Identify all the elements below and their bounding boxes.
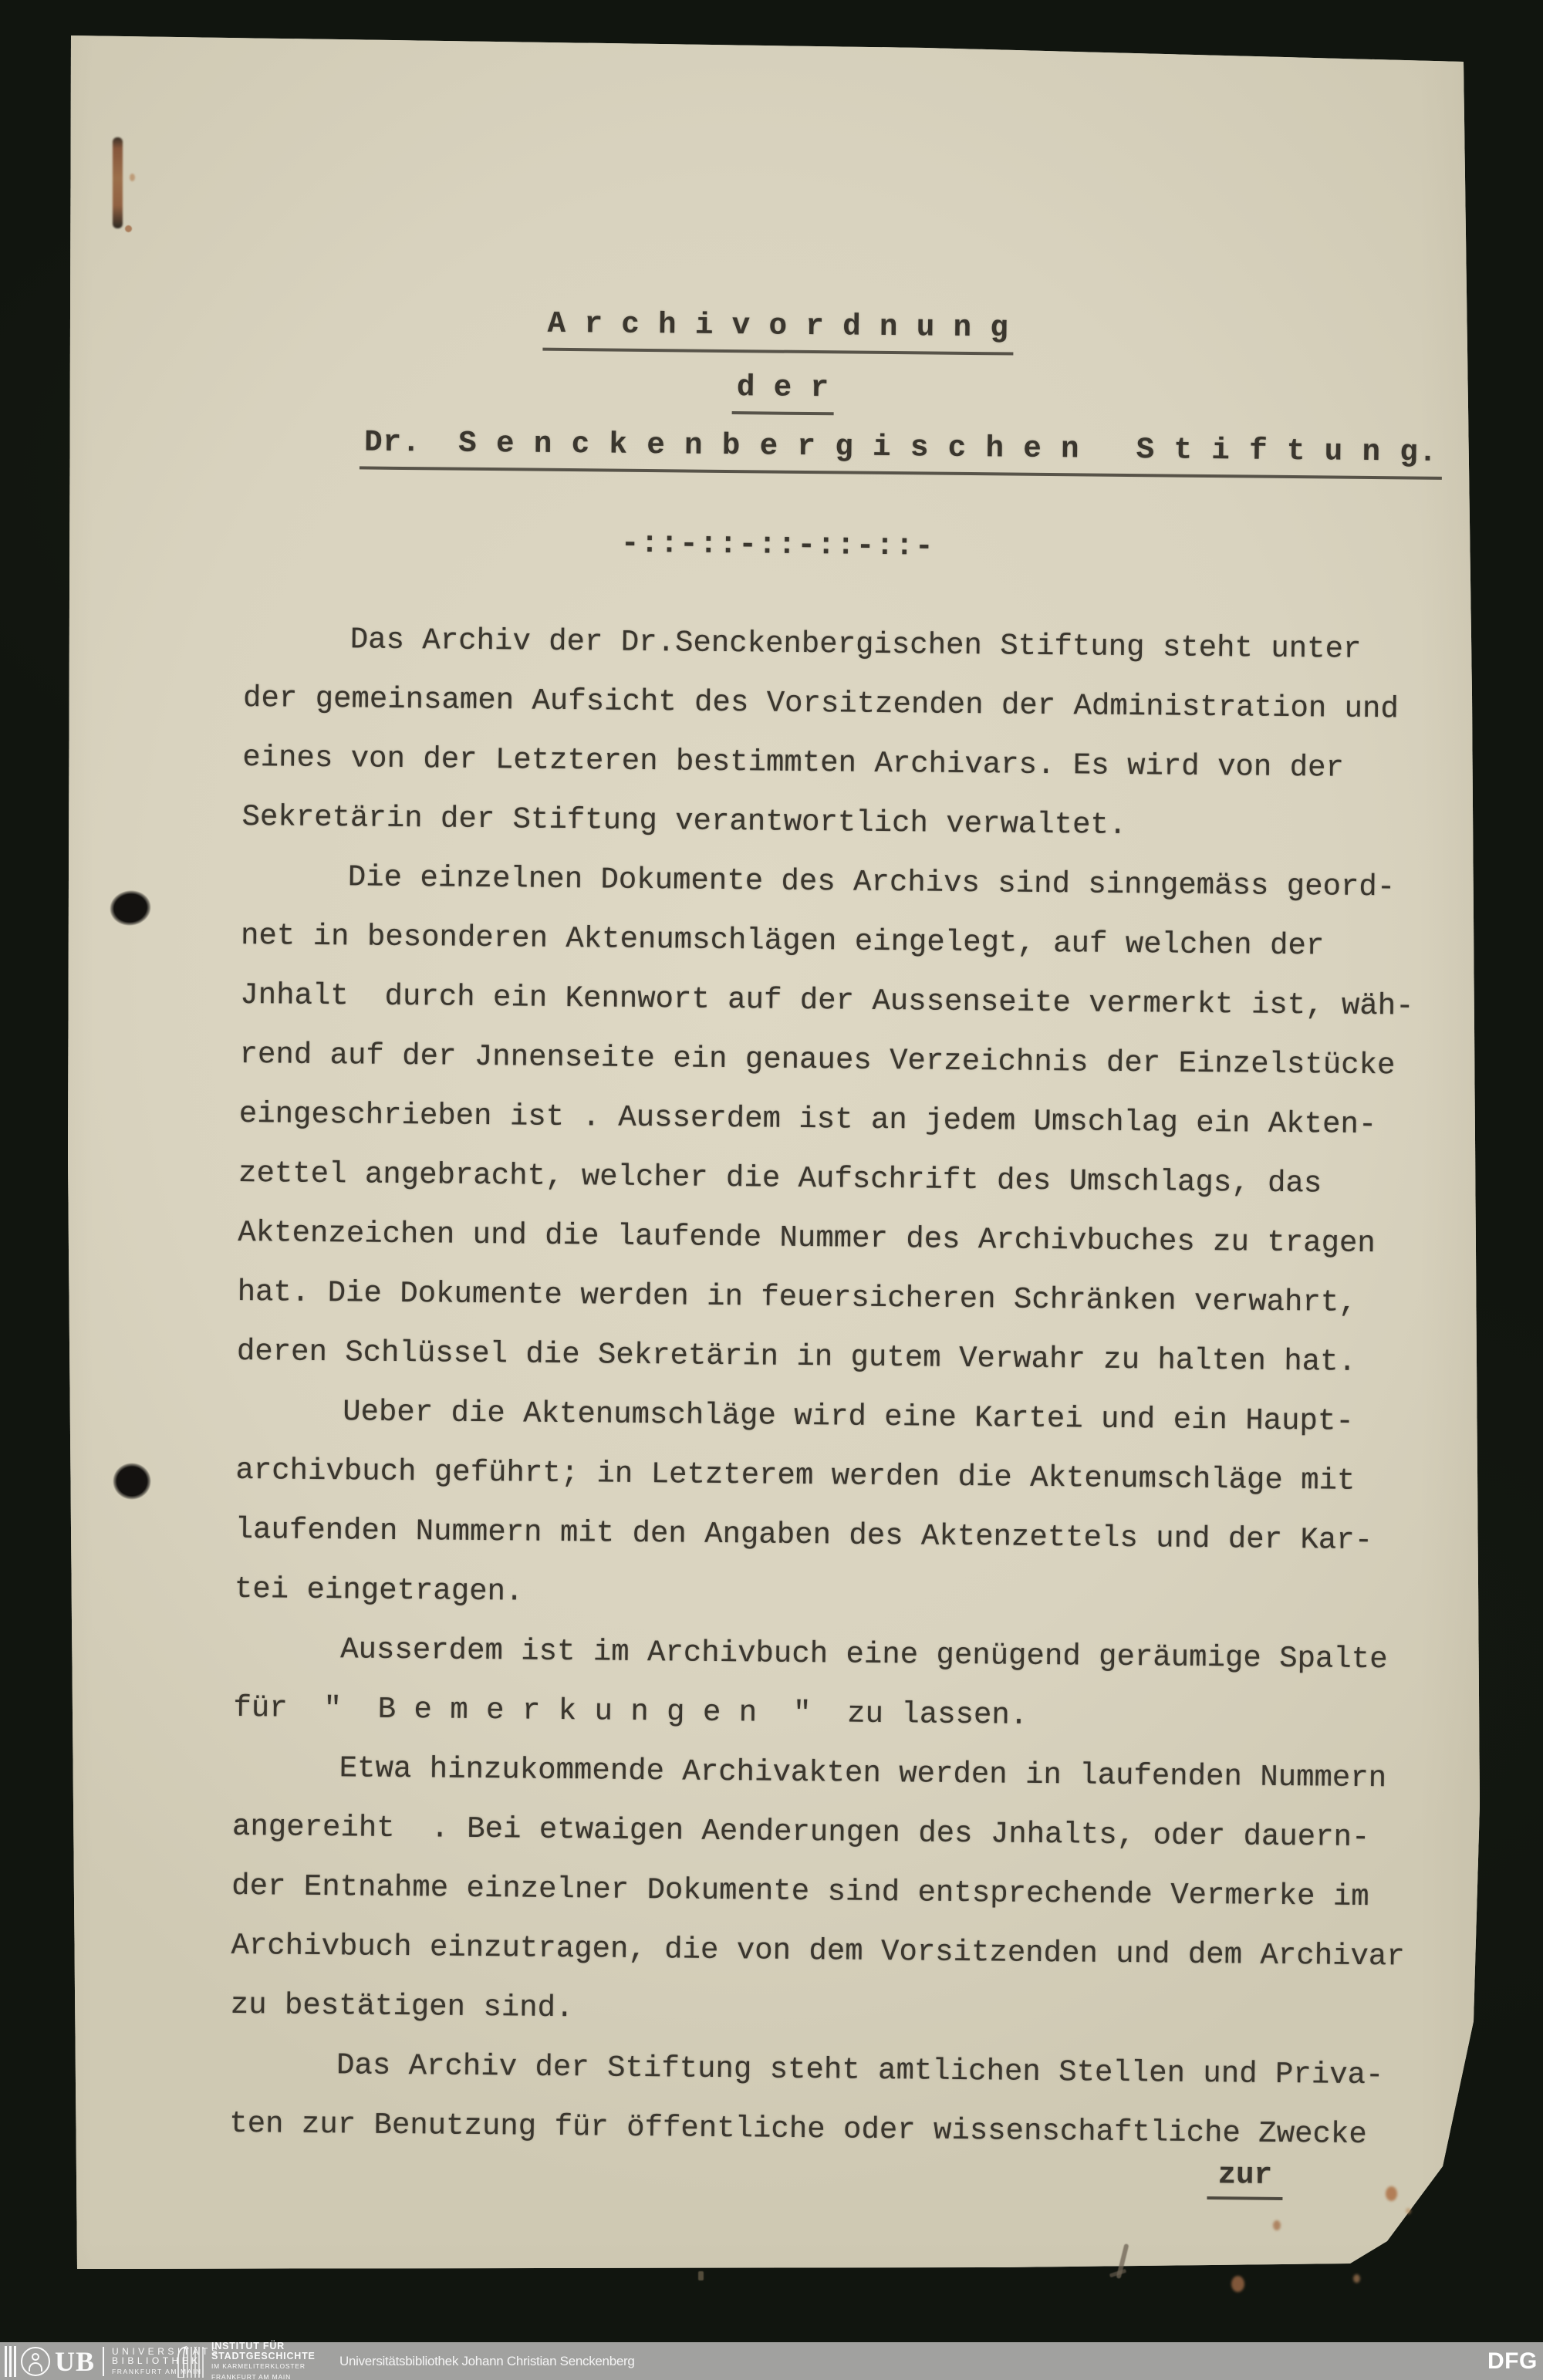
document-line-3: eines von der Letzteren bestimmten Archi… bbox=[242, 728, 1447, 799]
document-line-15: archivbuch geführt; in Letzterem werden … bbox=[235, 1441, 1440, 1512]
library-name-text: Universitätsbibliothek Johann Christian … bbox=[339, 2342, 635, 2380]
catchword-zur: zur bbox=[1207, 2158, 1283, 2200]
document-line-7: Jnhalt durch ein Kennwort auf der Aussen… bbox=[240, 966, 1444, 1037]
rust-stain-dot bbox=[125, 225, 132, 232]
ub-logo-portrait-icon bbox=[21, 2347, 50, 2376]
document-line-22: der Entnahme einzelner Dokumente sind en… bbox=[231, 1857, 1436, 1928]
document-body: Das Archiv der Dr.Senckenbergischen Stif… bbox=[229, 609, 1447, 2166]
document-line-18: Ausserdem ist im Archivbuch eine genügen… bbox=[234, 1619, 1438, 1690]
document-line-13: deren Schlüssel die Sekretärin in gutem … bbox=[237, 1322, 1441, 1393]
document-line-5: Die einzelnen Dokumente des Archivs sind… bbox=[241, 847, 1445, 918]
document-line-11: Aktenzeichen und die laufende Nummer des… bbox=[238, 1204, 1442, 1274]
institut-line3: IM KARMELITERKLOSTER bbox=[211, 2361, 316, 2372]
rust-stain-dot bbox=[130, 174, 135, 181]
document-line-8: rend auf der Jnnenseite ein genaues Verz… bbox=[239, 1025, 1443, 1096]
document-line-20: Etwa hinzukommende Archivakten werden in… bbox=[232, 1738, 1437, 1809]
typewritten-content: A r c h i v o r d n u n g d e r Dr. S e … bbox=[228, 301, 1450, 2241]
institut-logo-text: INSTITUT FÜR STADTGESCHICHTE IM KARMELIT… bbox=[211, 2341, 316, 2380]
document-title-line-2: d e r bbox=[732, 370, 834, 415]
document-line-9: eingeschrieben ist . Ausserdem ist an je… bbox=[239, 1085, 1443, 1156]
document-line-19: für " B e m e r k u n g e n " zu lassen. bbox=[233, 1679, 1437, 1750]
foxing-stain bbox=[1353, 2274, 1360, 2283]
document-line-2: der gemeinsamen Aufsicht des Vorsitzende… bbox=[243, 669, 1447, 740]
document-line-12: hat. Die Dokumente werden in feuersicher… bbox=[237, 1263, 1441, 1334]
document-line-4: Sekretärin der Stiftung verantwortlich v… bbox=[241, 788, 1446, 859]
institut-line2: STADTGESCHICHTE bbox=[211, 2351, 316, 2361]
document-line-10: zettel angebracht, welcher die Aufschrif… bbox=[238, 1144, 1443, 1215]
rust-stain-streak bbox=[113, 137, 123, 228]
document-line-25: Das Archiv der Stiftung steht amtlichen … bbox=[230, 2035, 1434, 2106]
gothic-arch-icon bbox=[176, 2345, 205, 2378]
document-line-6: net in besonderen Aktenumschlägen eingel… bbox=[241, 906, 1445, 977]
pencil-mark bbox=[698, 2271, 704, 2280]
document-title-line-3: Dr. S e n c k e n b e r g i s c h e n S … bbox=[360, 425, 1443, 479]
institut-line1: INSTITUT FÜR bbox=[211, 2341, 316, 2351]
dfg-logo: DFG bbox=[1487, 2342, 1538, 2380]
document-line-21: angereiht . Bei etwaigen Aenderungen des… bbox=[232, 1798, 1437, 1869]
institut-stadtgeschichte-logo: INSTITUT FÜR STADTGESCHICHTE IM KARMELIT… bbox=[176, 2345, 316, 2378]
document-title-line-1: A r c h i v o r d n u n g bbox=[542, 307, 1013, 356]
document-line-26: ten zur Benutzung für öffentliche oder w… bbox=[229, 2095, 1433, 2166]
typed-divider: -::-::-::-::-::- bbox=[621, 527, 935, 564]
ub-logo-abbr: UB bbox=[55, 2346, 95, 2377]
document-line-24: zu bestätigen sind. bbox=[230, 1976, 1434, 2047]
library-footer-bar: UB UNIVERSITÄTS BIBLIOTHEK FRANKFURT AM … bbox=[0, 2342, 1543, 2380]
document-line-17: tei eingetragen. bbox=[235, 1560, 1439, 1631]
ub-logo-stripes-icon bbox=[5, 2346, 16, 2377]
institut-line4: FRANKFURT AM MAIN bbox=[211, 2372, 316, 2380]
ub-logo-separator bbox=[103, 2347, 104, 2376]
document-line-1: Das Archiv der Dr.Senckenbergischen Stif… bbox=[243, 609, 1447, 680]
document-line-16: laufenden Nummern mit den Angaben des Ak… bbox=[235, 1501, 1439, 1571]
foxing-stain bbox=[1231, 2276, 1244, 2292]
document-line-14: Ueber die Aktenumschläge wird eine Karte… bbox=[236, 1382, 1440, 1453]
punch-hole-bottom bbox=[113, 1463, 151, 1500]
document-line-23: Archivbuch einzutragen, die von dem Vors… bbox=[231, 1916, 1435, 1987]
scanned-document-viewer: A r c h i v o r d n u n g d e r Dr. S e … bbox=[0, 0, 1543, 2380]
